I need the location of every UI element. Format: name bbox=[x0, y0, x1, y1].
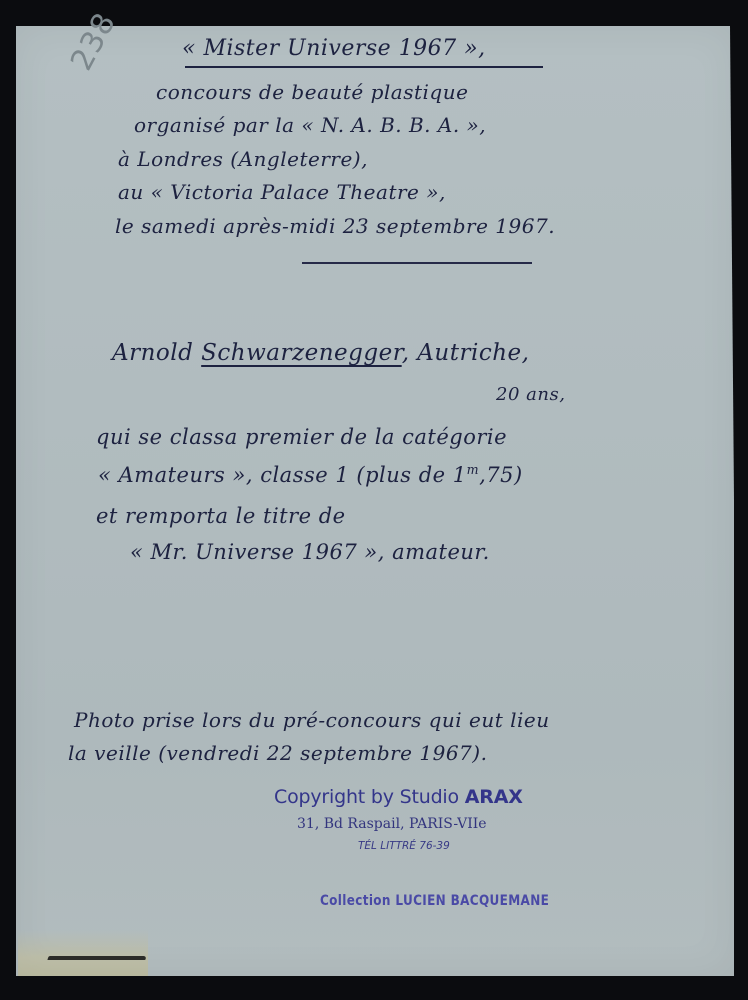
studio-name: ARAX bbox=[465, 786, 523, 808]
header-line-5: le samedi après-midi 23 septembre 1967. bbox=[115, 214, 555, 238]
subject-country: , Autriche, bbox=[402, 340, 530, 366]
height-decimal: ,75) bbox=[479, 463, 523, 487]
subject-first-name: Arnold bbox=[112, 340, 193, 366]
subject-age: 20 ans, bbox=[496, 384, 565, 405]
header-line-2: organisé par la « N. A. B. B. A. », bbox=[134, 113, 486, 137]
header-line-3: à Londres (Angleterre), bbox=[118, 147, 368, 171]
copyright-stamp: Copyright by Studio ARAX bbox=[274, 786, 523, 808]
subject-line-2: « Amateurs », classe 1 (plus de 1m,75) bbox=[98, 462, 523, 487]
studio-telephone: TÉL LITTRÉ 76-39 bbox=[358, 840, 450, 852]
subject-name-line: Arnold Schwarzenegger, Autriche, bbox=[112, 340, 529, 366]
copyright-prefix: Copyright by Studio bbox=[274, 786, 465, 808]
subject-line-4: « Mr. Universe 1967 », amateur. bbox=[130, 540, 490, 564]
paper-stain bbox=[18, 930, 148, 976]
event-title: « Mister Universe 1967 », bbox=[182, 36, 486, 61]
subject-surname: Schwarzenegger bbox=[201, 340, 402, 366]
section-divider bbox=[302, 262, 532, 264]
header-line-1: concours de beauté plastique bbox=[156, 80, 468, 104]
torn-edge-mark bbox=[47, 956, 146, 960]
category-text: « Amateurs », classe 1 (plus de 1 bbox=[98, 463, 467, 487]
note-line-2: la veille (vendredi 22 septembre 1967). bbox=[68, 741, 487, 765]
subject-line-1: qui se classa premier de la catégorie bbox=[96, 425, 507, 449]
photo-backdrop: 238 « Mister Universe 1967 », concours d… bbox=[0, 0, 748, 1000]
collection-stamp: Collection LUCIEN BACQUEMANE bbox=[320, 893, 549, 909]
metre-superscript: m bbox=[467, 462, 479, 477]
studio-address: 31, Bd Raspail, PARIS-VIIe bbox=[297, 816, 487, 832]
title-underline bbox=[185, 66, 543, 68]
subject-line-3: et remporta le titre de bbox=[96, 504, 346, 528]
header-line-4: au « Victoria Palace Theatre », bbox=[118, 180, 446, 204]
note-line-1: Photo prise lors du pré-concours qui eut… bbox=[74, 708, 550, 732]
